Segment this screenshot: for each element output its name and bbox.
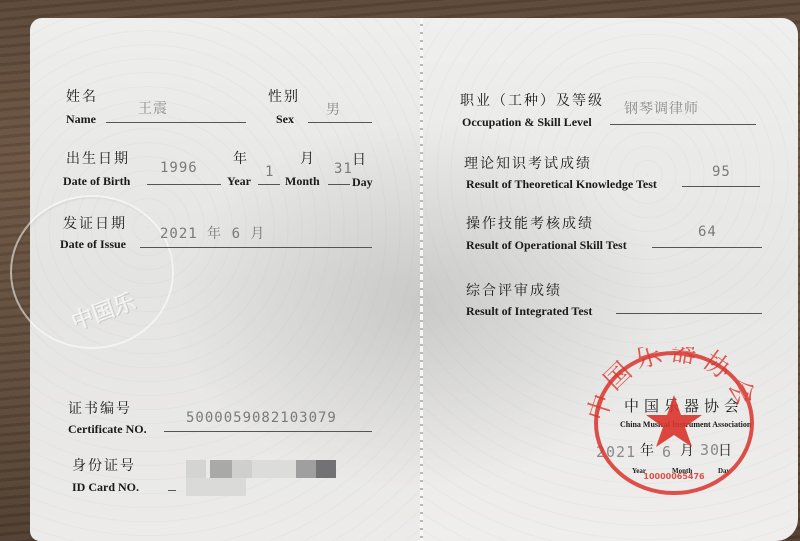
occupation-label-en: Occupation & Skill Level xyxy=(462,115,592,129)
theory-label-en: Result of Theoretical Knowledge Test xyxy=(466,177,657,191)
birth-month-en: Month xyxy=(285,174,320,188)
redaction-block xyxy=(252,460,296,478)
issue-underline xyxy=(140,247,372,248)
theory-underline xyxy=(682,186,760,187)
integrated-label-cn: 综合评审成绩 xyxy=(466,283,562,299)
occupation-label-cn: 职业（工种）及等级 xyxy=(460,93,604,109)
birth-year-cn: 年 xyxy=(233,151,249,167)
birth-month-value: 1 xyxy=(265,164,274,180)
official-red-stamp: 中国乐器协会 10000065476 xyxy=(582,347,760,495)
integrated-label-en: Result of Integrated Test xyxy=(466,304,592,318)
certificate-value: 5000059082103079 xyxy=(186,410,337,426)
birth-year-value: 1996 xyxy=(160,160,198,176)
certificate-underline xyxy=(164,431,372,432)
issue-label-cn: 发证日期 xyxy=(63,216,127,232)
star-icon xyxy=(646,395,702,447)
name-label-en: Name xyxy=(66,112,96,126)
issue-value: 2021 年 6 月 xyxy=(160,223,265,243)
birth-day-en: Day xyxy=(352,175,373,189)
operational-label-en: Result of Operational Skill Test xyxy=(466,238,627,252)
birth-month-cn: 月 xyxy=(300,151,316,167)
redaction-block xyxy=(316,460,336,478)
stamp-serial: 10000065476 xyxy=(643,472,705,481)
birth-label-cn: 出生日期 xyxy=(66,151,130,167)
booklet-spine xyxy=(420,18,423,541)
birth-day-cn: 日 xyxy=(352,152,368,168)
id-card-underline xyxy=(168,490,176,491)
name-underline xyxy=(106,122,246,123)
sex-label-cn: 性别 xyxy=(268,89,300,105)
certificate-label-en: Certificate NO. xyxy=(68,422,147,436)
id-card-label-en: ID Card NO. xyxy=(72,480,139,494)
integrated-underline xyxy=(616,313,762,314)
issue-label-en: Date of Issue xyxy=(60,237,126,251)
redaction-block xyxy=(232,460,252,478)
operational-underline xyxy=(652,247,762,248)
birth-year-en: Year xyxy=(227,174,251,188)
redaction-block xyxy=(186,478,246,496)
occupation-underline xyxy=(610,124,756,125)
certificate-label-cn: 证书编号 xyxy=(68,401,132,417)
sex-underline xyxy=(308,122,372,123)
birth-month-underline xyxy=(258,184,280,185)
redaction-block xyxy=(296,460,316,478)
theory-label-cn: 理论知识考试成绩 xyxy=(464,156,592,172)
occupation-value: 钢琴调律师 xyxy=(624,98,699,118)
name-value: 王震 xyxy=(138,98,168,118)
birth-label-en: Date of Birth xyxy=(63,174,130,188)
name-label-cn: 姓名 xyxy=(66,89,98,105)
sex-label-en: Sex xyxy=(276,112,294,126)
sex-value: 男 xyxy=(326,99,341,119)
redaction-block xyxy=(186,460,206,478)
birth-year-underline xyxy=(147,184,221,185)
id-card-label-cn: 身份证号 xyxy=(72,458,136,474)
redaction-block xyxy=(210,460,232,478)
operational-value: 64 xyxy=(698,224,717,240)
birth-day-value: 31 xyxy=(334,161,353,177)
birth-day-underline xyxy=(328,184,350,185)
operational-label-cn: 操作技能考核成绩 xyxy=(466,216,594,232)
theory-value: 95 xyxy=(712,164,731,180)
